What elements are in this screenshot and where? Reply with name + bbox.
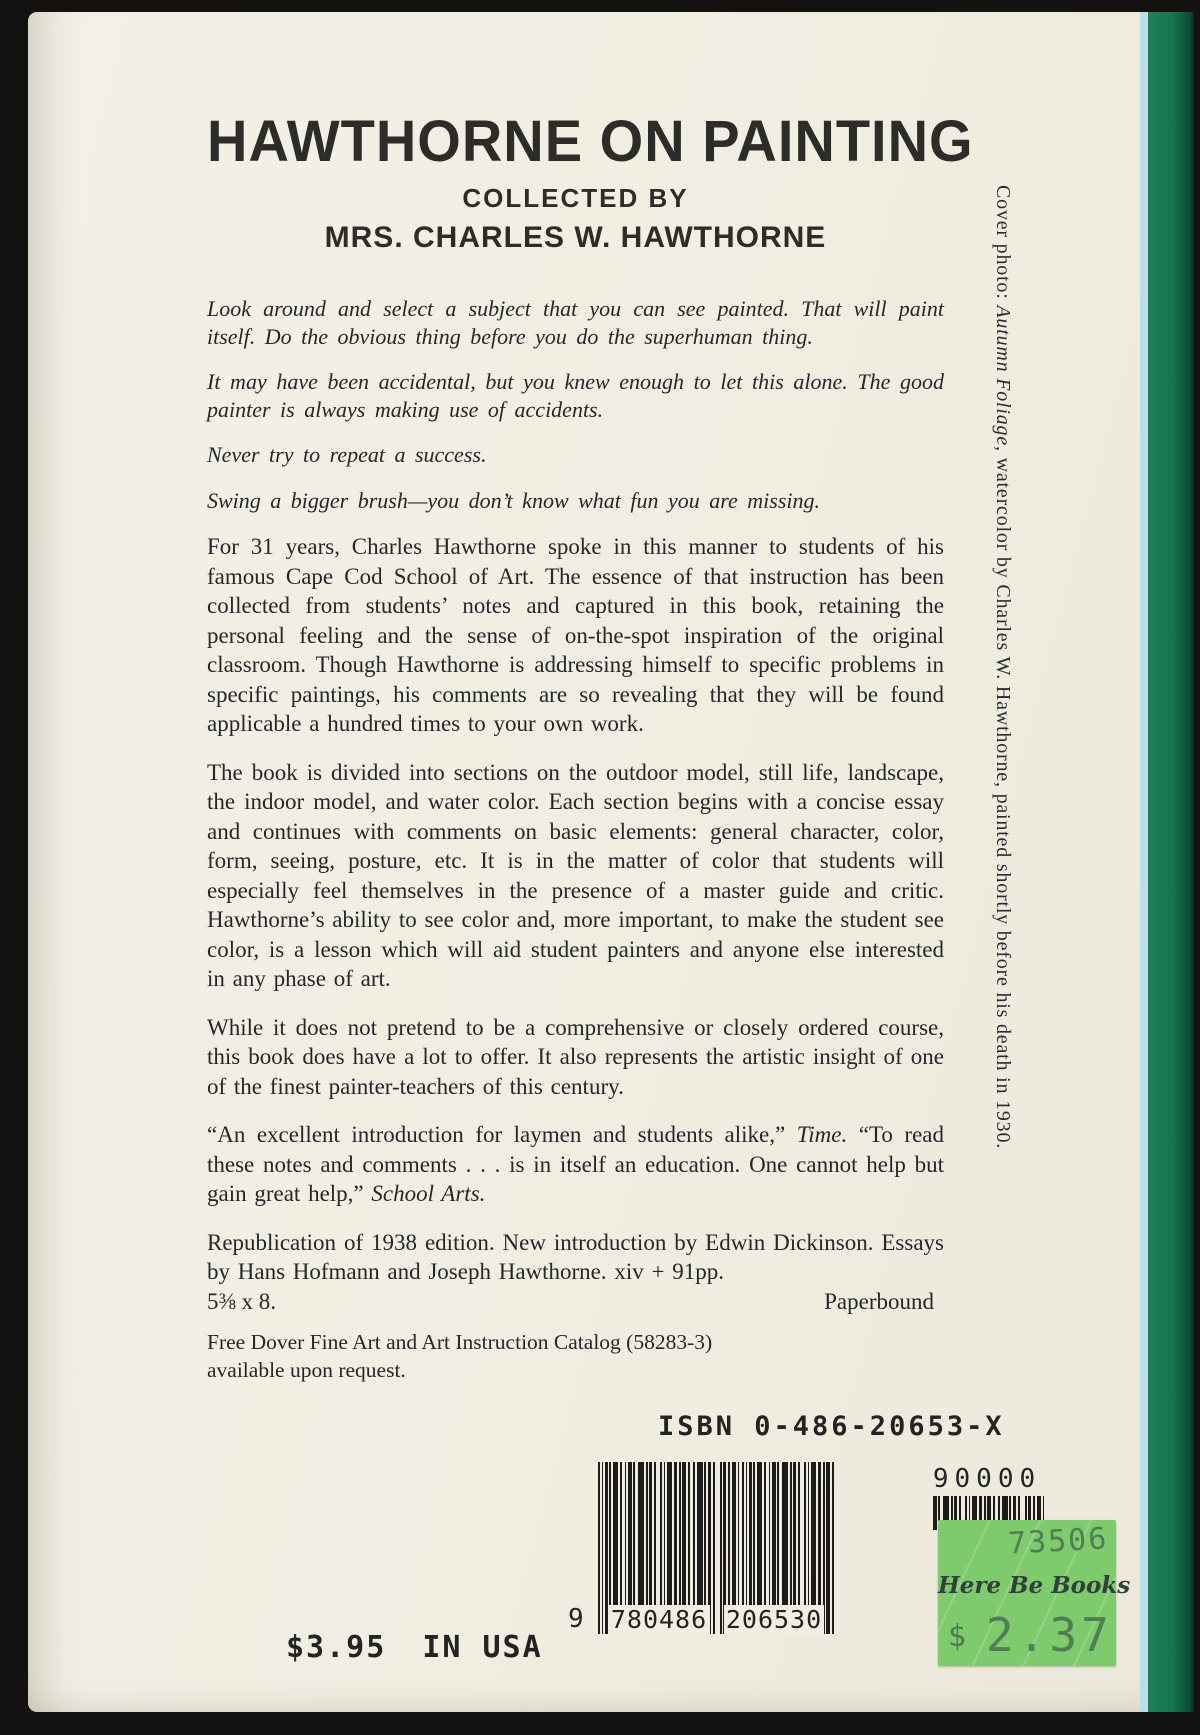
ean-digit-group-2: 206530	[724, 1605, 824, 1634]
book-title: HAWTHORNE ON PAINTING	[207, 107, 944, 175]
review-source-school-arts: School Arts.	[371, 1181, 485, 1206]
blurb-paragraph-1: For 31 years, Charles Hawthorne spoke in…	[207, 532, 944, 739]
sticker-store-name: Here Be Books	[938, 1572, 1116, 1599]
credit-prefix: Cover photo:	[992, 185, 1014, 305]
credit-suffix: watercolor by Charles W. Hawthorne, pain…	[992, 452, 1014, 1149]
republication-note: Republication of 1938 edition. New intro…	[207, 1228, 944, 1287]
ean-digit-group-1: 780486	[608, 1605, 710, 1634]
hawthorne-quote-2: It may have been accidental, but you kne…	[207, 368, 944, 423]
catalog-offer-note: Free Dover Fine Art and Art Instruction …	[207, 1328, 944, 1384]
cover-price: $3.95	[286, 1630, 386, 1665]
page-edge-highlight	[1140, 12, 1148, 1712]
collector-name: MRS. CHARLES W. HAWTHORNE	[207, 221, 944, 255]
book-spine	[1148, 12, 1194, 1712]
blurb-paragraph-2: The book is divided into sections on the…	[207, 758, 944, 994]
book-back-cover-photo: HAWTHORNE ON PAINTING COLLECTED BY MRS. …	[0, 0, 1200, 1735]
review-quotes: “An excellent introduction for laymen an…	[207, 1120, 944, 1209]
isbn-number: ISBN 0-486-20653-X	[658, 1411, 1005, 1442]
ean-price-code: 90000	[928, 1464, 1046, 1494]
trim-size: 5⅜ x 8.	[207, 1287, 276, 1317]
back-cover-text-column: HAWTHORNE ON PAINTING COLLECTED BY MRS. …	[207, 108, 944, 1384]
cover-price-line: $3.95 IN USA	[286, 1630, 543, 1665]
review-source-time: Time.	[797, 1122, 847, 1147]
painting-title: Autumn Foliage,	[992, 305, 1014, 451]
review-text-1: “An excellent introduction for laymen an…	[207, 1122, 797, 1147]
size-binding-row: 5⅜ x 8. Paperbound	[207, 1287, 944, 1317]
collected-by-line: COLLECTED BY	[207, 183, 944, 214]
hawthorne-quote-1: Look around and select a subject that yo…	[207, 295, 944, 350]
sticker-stamp-number: 73506	[1007, 1521, 1109, 1561]
hawthorne-quote-3: Never try to repeat a success.	[207, 441, 944, 469]
price-sticker: 73506 Here Be Books $ 2.37	[938, 1520, 1116, 1666]
back-cover-page: HAWTHORNE ON PAINTING COLLECTED BY MRS. …	[28, 12, 1140, 1712]
price-region: IN USA	[422, 1630, 542, 1665]
ean-barcode: 9 780486 206530	[598, 1462, 836, 1634]
sticker-price: 2.37	[986, 1608, 1113, 1662]
binding-type: Paperbound	[824, 1287, 934, 1317]
sticker-currency-sign: $	[948, 1619, 966, 1654]
hawthorne-quote-4: Swing a bigger brush—you don’t know what…	[207, 487, 944, 515]
ean-lead-digit: 9	[568, 1604, 584, 1634]
blurb-paragraph-3: While it does not pretend to be a compre…	[207, 1013, 944, 1102]
cover-photo-credit: Cover photo: Autumn Foliage, watercolor …	[978, 185, 1014, 1275]
